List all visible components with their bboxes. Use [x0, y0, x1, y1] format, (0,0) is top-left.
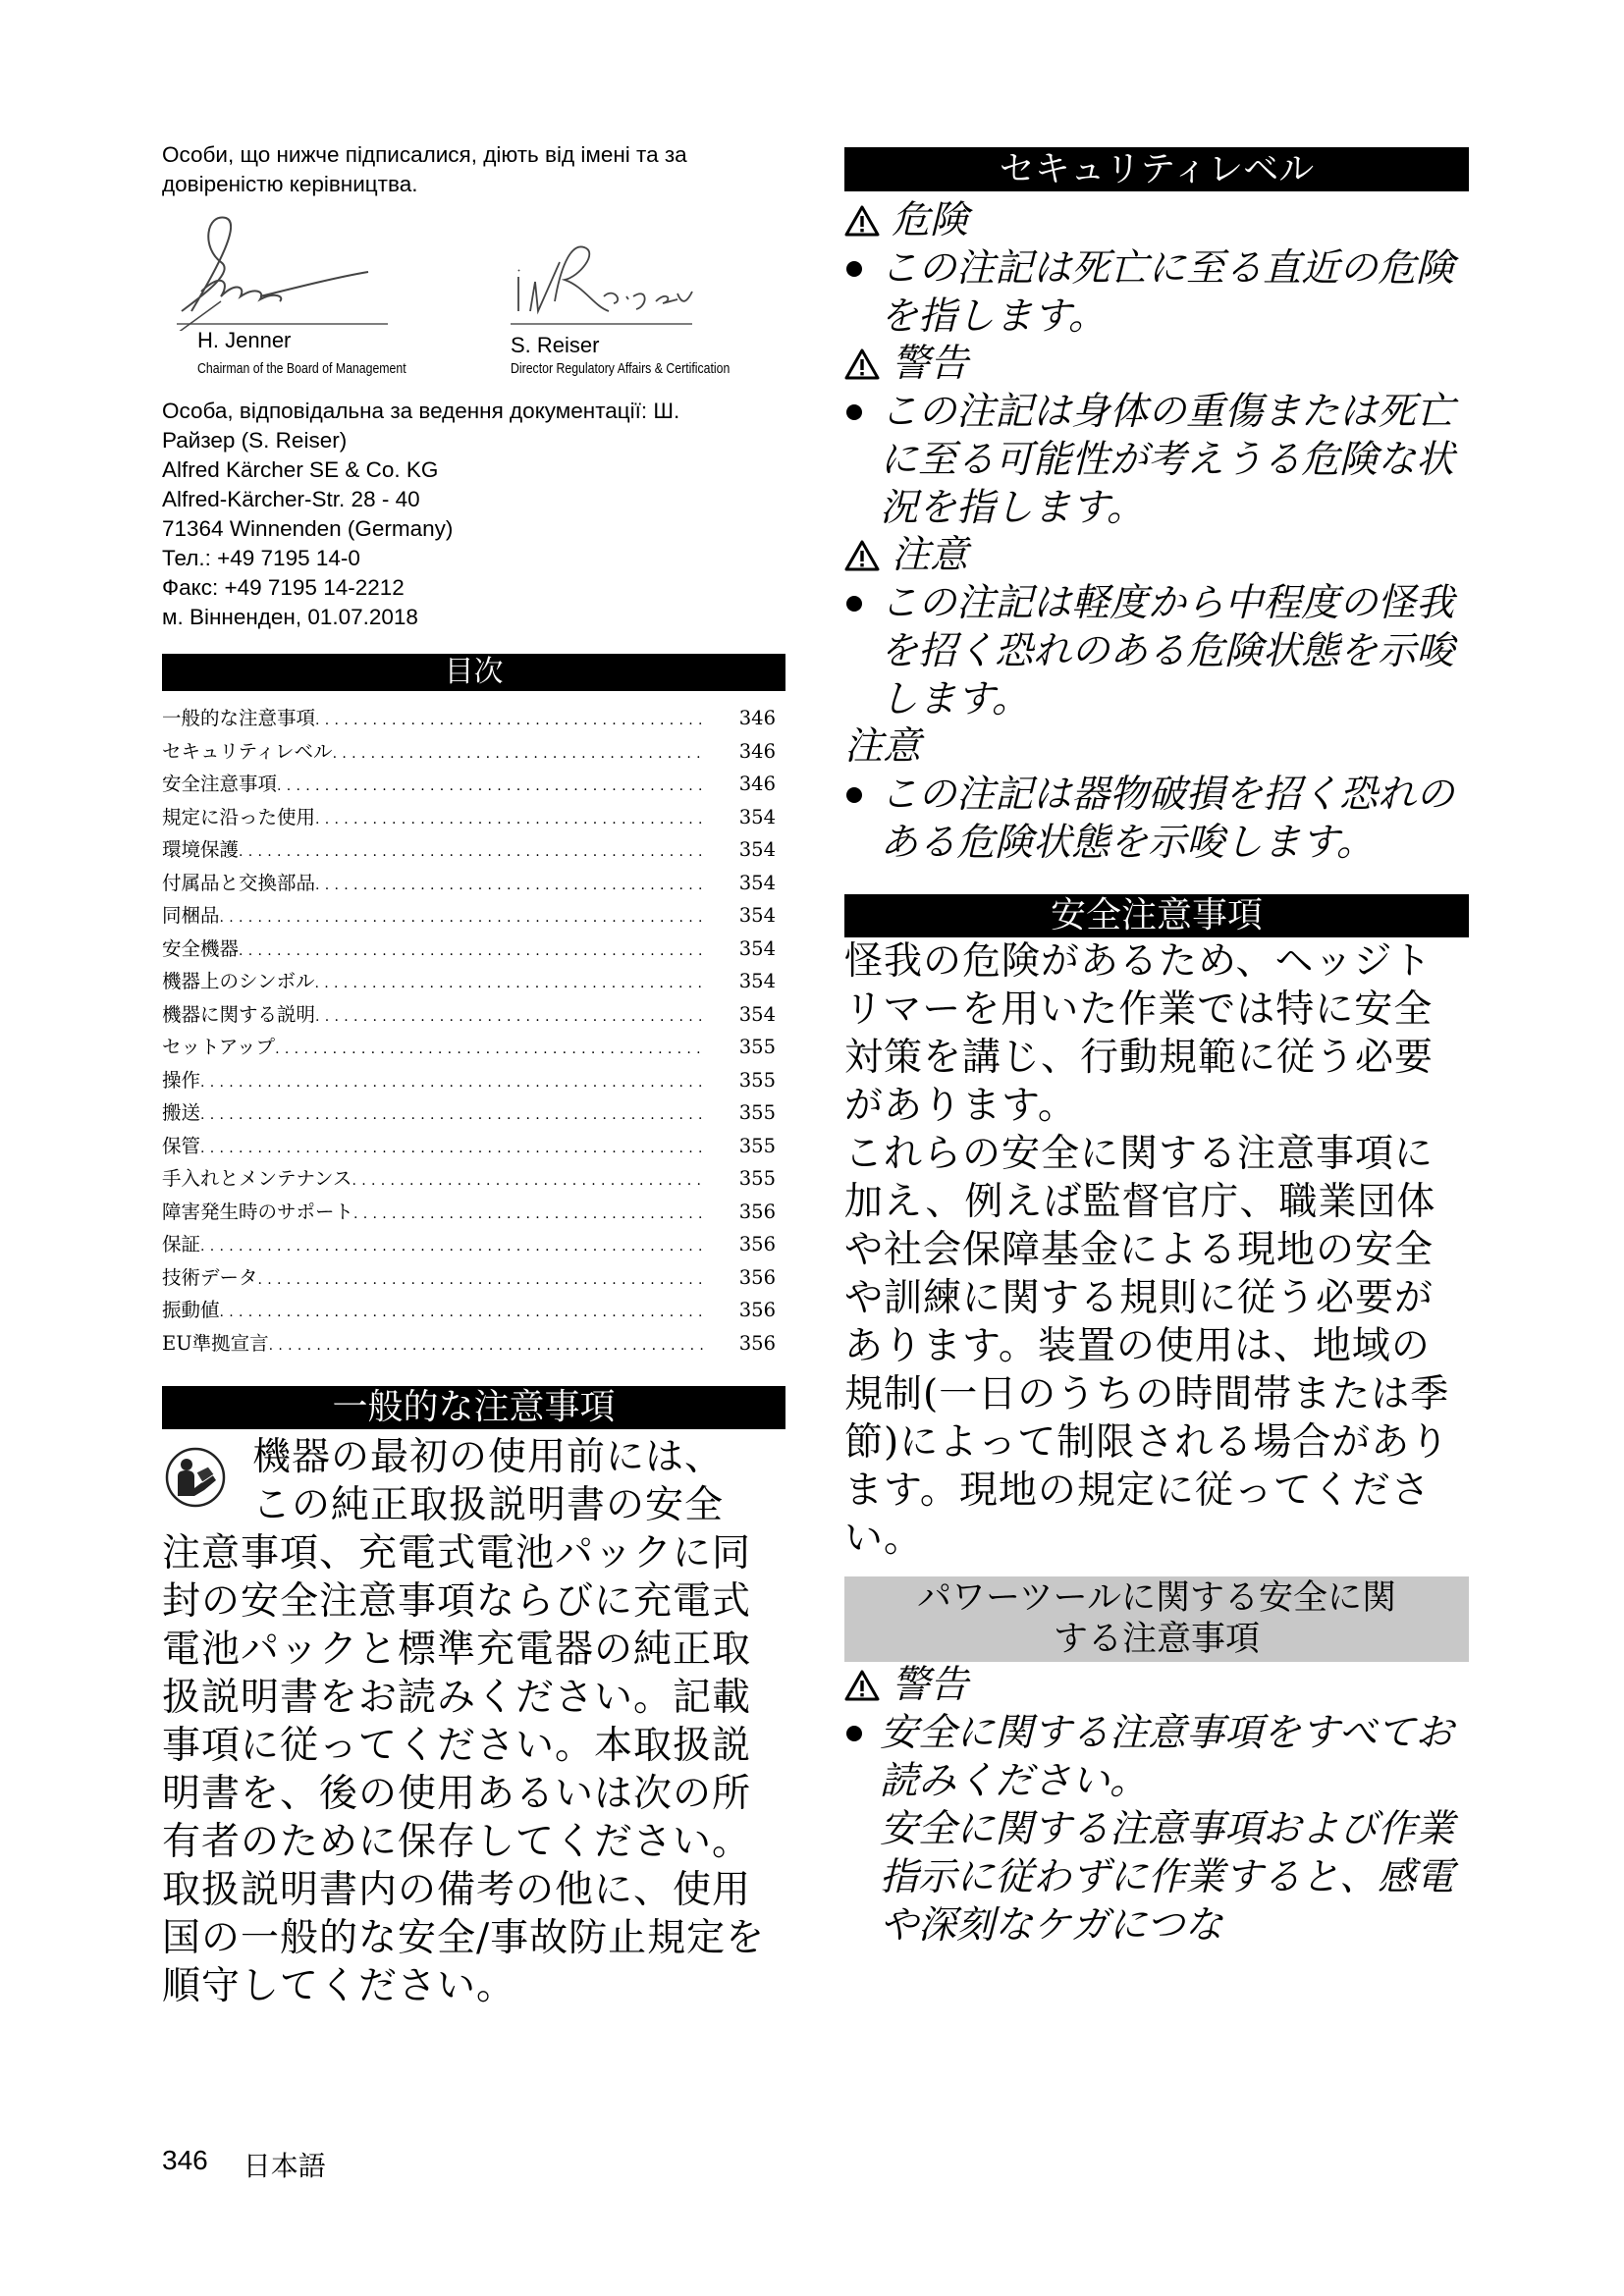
bullet-icon	[846, 1726, 862, 1741]
toc-item[interactable]: 機器に関する説明354	[162, 999, 785, 1033]
severity-label: 注意	[844, 723, 921, 771]
warning-triangle-icon	[844, 348, 880, 380]
toc-item[interactable]: 機器上のシンボル354	[162, 966, 785, 999]
severity-description: この注記は軽度から中程度の怪我を招く恐れのある危険状態を示唆します。	[844, 579, 1469, 723]
severity-danger: 危険	[844, 197, 1469, 244]
address-line: Райзер (S. Reiser)	[162, 426, 785, 455]
toc-item[interactable]: 手入れとメンテナンス355	[162, 1163, 785, 1197]
severity-description: この注記は身体の重傷または死亡に至る可能性が考えうる危険な状況を指します。	[844, 388, 1469, 532]
toc-item[interactable]: 付属品と交換部品354	[162, 868, 785, 901]
signer-title: Chairman of the Board of Management	[197, 360, 406, 378]
signer-name: H. Jenner	[197, 329, 291, 352]
security-levels-list: 危険 この注記は死亡に至る直近の危険を指します。 警告 この注記は身体の重傷また…	[844, 197, 1469, 867]
severity-label: 警告	[892, 1662, 968, 1709]
power-tool-bullet: 安全に関する注意事項をすべてお読みください。	[844, 1709, 1469, 1805]
toc-heading: 目次	[162, 654, 785, 691]
toc-item[interactable]: 安全注意事項346	[162, 769, 785, 802]
signature-reiser-scribble	[511, 203, 727, 331]
table-of-contents: 一般的な注意事項346 セキュリティレベル346 安全注意事項346 規定に沿っ…	[162, 703, 785, 1361]
page-footer: 346 日本語	[162, 2145, 326, 2184]
signature-area: H. Jenner Chairman of the Board of Manag…	[162, 203, 785, 385]
signature-reiser: S. Reiser Director Regulatory Affairs & …	[511, 203, 795, 331]
paragraph-text: 取扱説明書内の備考の他に、使用国の一般的な安全/事故防止規定を順守してください。	[162, 1866, 785, 2010]
toc-item[interactable]: 保管355	[162, 1131, 785, 1164]
paragraph-text: 怪我の危険があるため、ヘッジトリマーを用いた作業では特に安全対策を講じ、行動規範…	[844, 937, 1469, 1130]
toc-item[interactable]: 環境保護354	[162, 834, 785, 868]
warning-triangle-icon	[844, 540, 880, 571]
power-tool-continuation: 安全に関する注意事項および作業指示に従わずに作業すると、感電や深刻なケガにつな	[844, 1805, 1469, 1949]
severity-warning: 警告	[844, 1662, 1469, 1709]
signature-jenner-scribble	[162, 203, 398, 331]
warning-triangle-icon	[844, 205, 880, 237]
declaration-intro: Особи, що нижче підписалися, діють від і…	[162, 140, 785, 199]
documentation-contact: Особа, відповідальна за ведення документ…	[162, 397, 785, 632]
toc-item[interactable]: 安全機器354	[162, 934, 785, 967]
bullet-icon	[846, 596, 862, 612]
heading-line: パワーツールに関する安全に関	[844, 1577, 1469, 1619]
toc-item[interactable]: EU準拠宣言356	[162, 1328, 785, 1362]
section-heading-general-notes: 一般的な注意事項	[162, 1386, 785, 1429]
toc-item[interactable]: セキュリティレベル346	[162, 736, 785, 770]
paragraph-line: 機器の最初の使用前には、	[162, 1433, 785, 1481]
address-line: Тел.: +49 7195 14-0	[162, 544, 785, 573]
signature-jenner: H. Jenner Chairman of the Board of Manag…	[162, 203, 466, 331]
severity-caution: 注意	[844, 532, 1469, 579]
toc-item[interactable]: 同梱品354	[162, 900, 785, 934]
heading-line: する注意事項	[844, 1619, 1469, 1660]
severity-label: 注意	[892, 532, 968, 579]
paragraph-text: これらの安全に関する注意事項に加え、例えば監督官庁、職業団体や社会保障基金による…	[844, 1130, 1469, 1563]
left-column: Особи, що нижче підписалися, діють від і…	[162, 140, 785, 2010]
section-heading-security-levels: セキュリティレベル	[844, 147, 1469, 191]
severity-description: この注記は器物破損を招く恐れのある危険状態を示唆します。	[844, 771, 1469, 867]
bullet-icon	[846, 787, 862, 803]
toc-item[interactable]: 一般的な注意事項346	[162, 703, 785, 736]
address-line: 71364 Winnenden (Germany)	[162, 514, 785, 544]
toc-item[interactable]: 搬送355	[162, 1097, 785, 1131]
address-line: Alfred-Kärcher-Str. 28 - 40	[162, 485, 785, 514]
address-line: Факс: +49 7195 14-2212	[162, 573, 785, 603]
severity-warning: 警告	[844, 341, 1469, 388]
toc-item[interactable]: 規定に沿った使用354	[162, 802, 785, 835]
severity-notice: 注意	[844, 723, 1469, 771]
warning-triangle-icon	[844, 1670, 880, 1701]
paragraph-line: この純正取扱説明書の安全	[162, 1481, 785, 1529]
paragraph-text: 注意事項、充電式電池パックに同封の安全注意事項ならびに充電式電池パックと標準充電…	[162, 1529, 785, 1866]
toc-item[interactable]: 振動値356	[162, 1295, 785, 1328]
severity-description: この注記は死亡に至る直近の危険を指します。	[844, 244, 1469, 341]
address-line: м. Вінненден, 01.07.2018	[162, 603, 785, 632]
signer-name: S. Reiser	[511, 334, 599, 357]
section-heading-safety-notes: 安全注意事項	[844, 894, 1469, 937]
toc-item[interactable]: 保証356	[162, 1229, 785, 1262]
section-heading-power-tool-safety: パワーツールに関する安全に関 する注意事項	[844, 1576, 1469, 1662]
address-line: Alfred Kärcher SE & Co. KG	[162, 455, 785, 485]
bullet-icon	[846, 404, 862, 420]
address-line: Особа, відповідальна за ведення документ…	[162, 397, 785, 426]
toc-item[interactable]: 障害発生時のサポート356	[162, 1197, 785, 1230]
right-column: セキュリティレベル 危険 この注記は死亡に至る直近の危険を指します。 警告 この…	[844, 147, 1469, 1949]
toc-item[interactable]: 操作355	[162, 1065, 785, 1098]
severity-label: 危険	[892, 197, 968, 244]
toc-item[interactable]: 技術データ356	[162, 1262, 785, 1296]
toc-item[interactable]: セットアップ355	[162, 1032, 785, 1065]
language-label: 日本語	[244, 2145, 326, 2184]
page-number: 346	[162, 2145, 208, 2184]
general-notes-body: 機器の最初の使用前には、 この純正取扱説明書の安全 注意事項、充電式電池パックに…	[162, 1433, 785, 2010]
severity-label: 警告	[892, 341, 968, 388]
read-manual-icon	[165, 1447, 226, 1508]
bullet-icon	[846, 261, 862, 277]
signer-title: Director Regulatory Affairs & Certificat…	[511, 360, 730, 378]
